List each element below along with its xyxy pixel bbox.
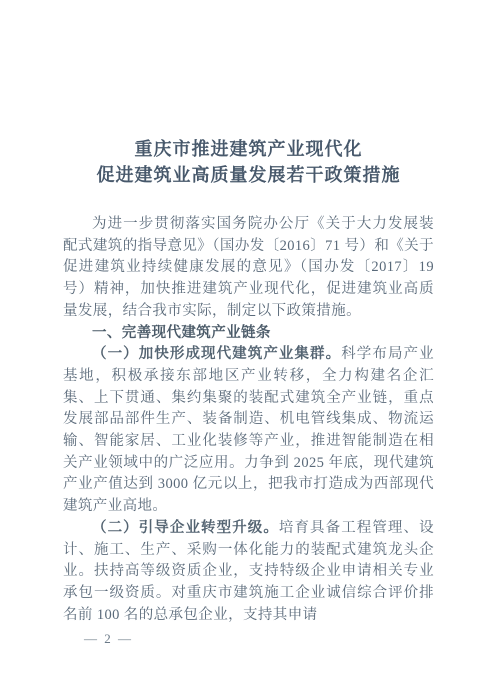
document-title-line-1: 重庆市推进建筑产业现代化 [63, 136, 434, 162]
intro-paragraph: 为进一步贯彻落实国务院办公厅《关于大力发展装配式建筑的指导意见》（国办发〔201… [63, 214, 434, 323]
item-paragraph-2: （二）引导企业转型升级。培育具备工程管理、设计、施工、生产、采购一体化能力的装配… [63, 518, 434, 627]
document-page: 重庆市推进建筑产业现代化 促进建筑业高质量发展若干政策措施 为进一步贯彻落实国务… [0, 0, 495, 700]
section-heading-1: 一、完善现代建筑产业链条 [63, 323, 434, 345]
item-1-body: 科学布局产业基地，积极承接东部地区产业转移，全力构建名企汇集、上下贯通、集约集聚… [63, 346, 434, 514]
page-number: — 2 — [63, 629, 434, 649]
document-content: 重庆市推进建筑产业现代化 促进建筑业高质量发展若干政策措施 为进一步贯彻落实国务… [63, 136, 434, 649]
item-2-lead: （二）引导企业转型升级。 [92, 520, 279, 536]
item-paragraph-1: （一）加快形成现代建筑产业集群。科学布局产业基地，积极承接东部地区产业转移，全力… [63, 344, 434, 518]
document-title-line-2: 促进建筑业高质量发展若干政策措施 [63, 162, 434, 188]
item-1-lead: （一）加快形成现代建筑产业集群。 [92, 346, 341, 362]
document-title: 重庆市推进建筑产业现代化 促进建筑业高质量发展若干政策措施 [63, 136, 434, 188]
